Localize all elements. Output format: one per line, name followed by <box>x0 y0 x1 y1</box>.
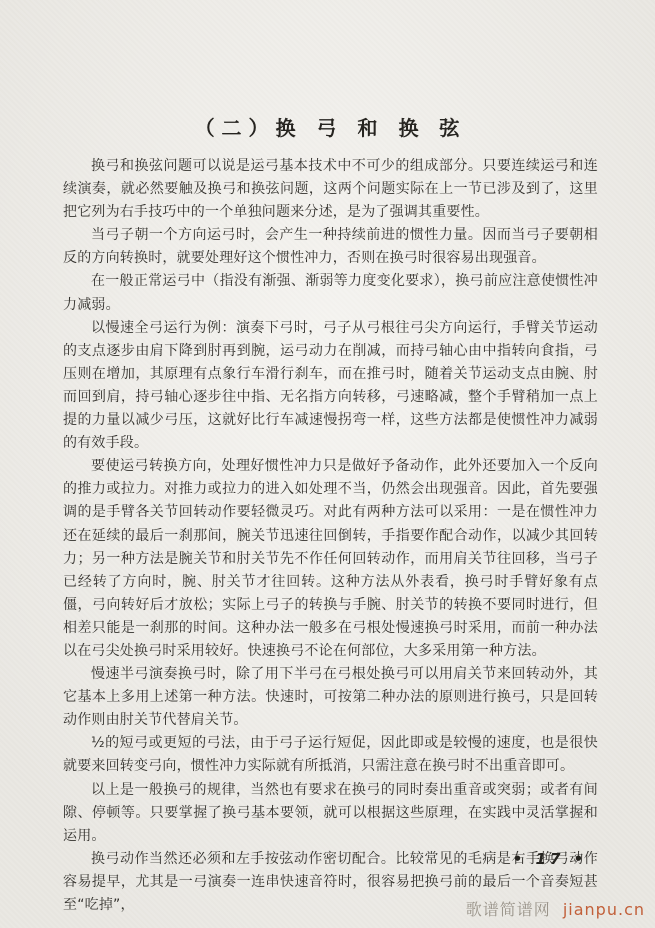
paragraph: 以慢速全弓运行为例：演奏下弓时，弓子从弓根往弓尖方向运行，手臂关节运动的支点逐步… <box>63 317 598 456</box>
page-number: • 17 • <box>470 850 630 868</box>
paragraph: 换弓和换弦问题可以说是运弓基本技术中不可少的组成部分。只要连续运弓和连续演奏，就… <box>63 155 598 224</box>
paragraph: 慢速半弓演奏换弓时，除了用下半弓在弓根处换弓可以用肩关节来回转动外，其它基本上多… <box>63 663 598 732</box>
paragraph: 要使运弓转换方向，处理好惯性冲力只是做好予备动作，此外还要加入一个反向的推力或拉… <box>63 455 598 663</box>
paragraph: 以上是一般换弓的规律，当然也有要求在换弓的同时奏出重音或突弱；或者有间隙、停顿等… <box>63 779 598 848</box>
section-title: （二）换 弓 和 换 弦 <box>63 112 598 141</box>
paragraph: ½的短弓或更短的弓法，由于弓子运行短促，因此即或是较慢的速度，也是很快就要来回转… <box>63 732 598 778</box>
watermark: 歌谱简谱网 jianpu.cn <box>466 897 645 920</box>
paragraph: 在一般正常运弓中（指没有渐强、渐弱等力度变化要求），换弓前应注意使惯性冲力减弱。 <box>63 270 598 316</box>
watermark-site-name: 歌谱简谱网 <box>466 900 551 919</box>
scanned-book-page: （二）换 弓 和 换 弦 换弓和换弦问题可以说是运弓基本技术中不可少的组成部分。… <box>63 0 598 928</box>
watermark-site-url: jianpu.cn <box>563 900 645 919</box>
paragraph: 当弓子朝一个方向运弓时，会产生一种持续前进的惯性力量。因而当弓子要朝相反的方向转… <box>63 224 598 270</box>
body-text: 换弓和换弦问题可以说是运弓基本技术中不可少的组成部分。只要连续运弓和连续演奏，就… <box>63 155 598 917</box>
